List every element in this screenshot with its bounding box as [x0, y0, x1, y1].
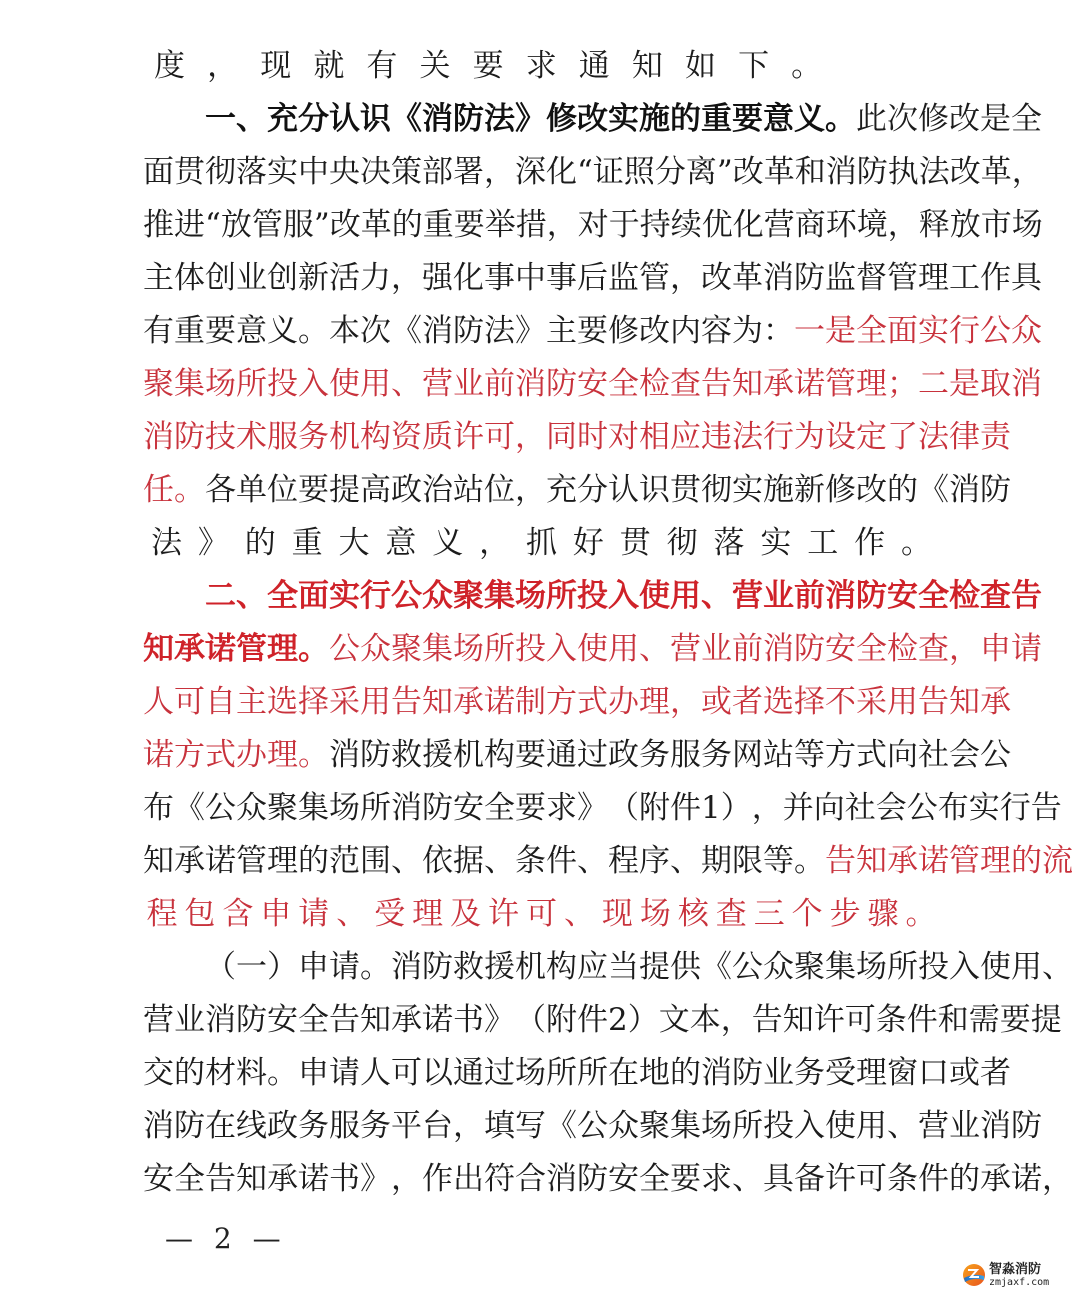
- text-char: 施: [639, 93, 670, 146]
- text-char: 政: [608, 729, 639, 782]
- text-char: 知: [621, 40, 674, 93]
- text-char: 照: [624, 146, 655, 199]
- text-char: 重: [174, 305, 205, 358]
- text-char: 了: [887, 411, 918, 464]
- text-char: 改: [949, 93, 980, 146]
- text-char: 定: [856, 411, 887, 464]
- text-char: 用: [608, 623, 639, 676]
- text-char: 服: [670, 729, 701, 782]
- text-char: 。: [174, 464, 205, 517]
- text-char: 落: [236, 146, 267, 199]
- text-char: 的: [887, 464, 918, 517]
- text-char: 并: [783, 782, 814, 835]
- text-char: 站: [453, 464, 484, 517]
- text-char: 服: [329, 1100, 360, 1153]
- text-char: 》: [515, 305, 546, 358]
- text-char: 集: [670, 1100, 701, 1153]
- text-char: 策: [391, 146, 422, 199]
- text-char: 一: [236, 941, 267, 994]
- text-char: 革: [764, 146, 795, 199]
- text-char: ，: [1042, 1153, 1073, 1206]
- text-char: 通: [546, 729, 577, 782]
- text-char: 法: [732, 411, 763, 464]
- text-char: 可: [523, 888, 561, 941]
- text-char: 求: [546, 782, 577, 835]
- text-char: 查: [670, 358, 701, 411]
- text-char: 环: [826, 199, 857, 252]
- text-char: 主: [546, 305, 577, 358]
- text-char: 政: [391, 464, 422, 517]
- text-char: 2: [608, 994, 628, 1047]
- text-char: 诺: [143, 729, 174, 782]
- text-char: 使: [577, 623, 608, 676]
- text-char: 检: [887, 623, 918, 676]
- text-char: 重: [284, 517, 331, 570]
- text-char: 业: [701, 623, 732, 676]
- text-char: 不: [825, 676, 856, 729]
- text-char: 彻: [659, 517, 706, 570]
- text-char: 意: [377, 517, 424, 570]
- text-char: 提: [329, 464, 360, 517]
- text-char: 的: [670, 93, 701, 146]
- text-line: 程包含申请、受理及许可、现场核查三个步骤。: [143, 888, 940, 941]
- text-char: 义: [794, 93, 825, 146]
- text-char: 部: [422, 146, 453, 199]
- text-char: 消: [391, 941, 422, 994]
- text-char: 可: [484, 411, 515, 464]
- text-char: 承: [267, 1153, 298, 1206]
- text-char: 会: [949, 729, 980, 782]
- text-char: 防: [174, 1100, 205, 1153]
- text-char: 众: [608, 1100, 639, 1153]
- text-char: 承: [391, 994, 422, 1047]
- text-char: 所: [546, 1047, 577, 1100]
- text-char: 提: [639, 941, 670, 994]
- text-line: 主体创业创新活力，强化事中事后监管，改革消防监督管理工作具: [143, 252, 940, 305]
- text-char: 实: [918, 305, 949, 358]
- text-char: 的: [174, 1047, 205, 1100]
- text-char: 集: [825, 941, 856, 994]
- text-char: 务: [794, 1047, 825, 1100]
- text-char: 告: [391, 676, 422, 729]
- text-line: 法》的重大意义，抓好贯彻落实工作。: [143, 517, 940, 570]
- text-char: 法: [484, 93, 515, 146]
- text-char: 修: [825, 464, 856, 517]
- text-char: 《: [174, 782, 205, 835]
- text-char: 有: [355, 40, 408, 93]
- text-char: 过: [577, 729, 608, 782]
- text-char: 诺: [918, 835, 949, 888]
- text-char: “: [577, 146, 593, 199]
- text-char: 意: [763, 93, 794, 146]
- text-char: 布: [143, 782, 174, 835]
- text-char: 交: [143, 1047, 174, 1100]
- text-char: 写: [515, 1100, 546, 1153]
- text-char: 请: [1011, 623, 1042, 676]
- text-char: 营: [422, 358, 453, 411]
- text-char: 任: [143, 464, 174, 517]
- text-char: 营: [732, 570, 763, 623]
- text-char: 方: [825, 729, 856, 782]
- text-char: 、: [333, 888, 371, 941]
- text-char: 程: [608, 835, 639, 888]
- text-char: 公: [732, 941, 763, 994]
- text-char: 、: [391, 835, 422, 888]
- text-char: 消: [826, 146, 857, 199]
- watermark: 智淼消防 zmjaxf.com: [962, 1258, 1078, 1292]
- text-char: 工: [799, 517, 846, 570]
- text-line: 面贯彻落实中央决策部署，深化“证照分离”改革和消防执法改革，: [143, 146, 940, 199]
- text-char: 站: [763, 729, 794, 782]
- text-char: 全: [918, 570, 949, 623]
- text-char: 全: [856, 623, 887, 676]
- text-char: 检: [639, 358, 670, 411]
- text-char: 方: [174, 729, 205, 782]
- text-char: ，: [515, 411, 546, 464]
- text-char: 修: [918, 93, 949, 146]
- text-char: 。: [298, 623, 329, 676]
- text-char: 方: [546, 676, 577, 729]
- document-body: 度，现就有关要求通知如下。 一、充分认识《消防法》修改实施的重要意义。此次修改是…: [143, 40, 940, 1206]
- text-char: 业: [763, 570, 794, 623]
- text-char: 的: [949, 1153, 980, 1206]
- text-char: 含: [219, 888, 257, 941]
- text-char: 全: [639, 1153, 670, 1206]
- text-char: 防: [360, 729, 391, 782]
- text-char: 消: [422, 305, 453, 358]
- text-char: 的: [237, 517, 284, 570]
- text-char: 件: [907, 994, 938, 1047]
- text-char: 步: [826, 888, 864, 941]
- text-char: 要: [298, 464, 329, 517]
- text-char: 管: [825, 358, 856, 411]
- text-char: 、: [887, 1100, 918, 1153]
- text-char: 入: [298, 358, 329, 411]
- text-char: 告: [329, 994, 360, 1047]
- text-char: 理: [267, 835, 298, 888]
- text-char: 实: [608, 93, 639, 146]
- text-char: 众: [236, 782, 267, 835]
- text-char: 构: [484, 729, 515, 782]
- text-char: 术: [236, 411, 267, 464]
- text-char: [143, 570, 174, 623]
- text-char: 诺: [484, 676, 515, 729]
- text-char: 。: [780, 40, 833, 93]
- text-char: 投: [763, 1100, 794, 1153]
- text-char: 择: [298, 676, 329, 729]
- text-char: 消: [701, 1047, 732, 1100]
- text-char: 落: [706, 517, 753, 570]
- text-char: 质: [422, 411, 453, 464]
- text-char: 等: [794, 729, 825, 782]
- text-char: 理: [267, 623, 298, 676]
- text-char: 对: [578, 199, 609, 252]
- text-char: 证: [593, 146, 624, 199]
- text-char: 向: [814, 782, 845, 835]
- text-char: 相: [639, 411, 670, 464]
- text-line: 知承诺管理。公众聚集场所投入使用、营业前消防安全检查，申请: [143, 623, 940, 676]
- text-char: 全: [267, 570, 298, 623]
- text-char: ，: [515, 464, 546, 517]
- text-char: 场: [636, 888, 674, 941]
- text-char: 要: [732, 93, 763, 146]
- text-char: 理: [267, 729, 298, 782]
- text-char: 申: [257, 888, 295, 941]
- text-char: 重: [701, 93, 732, 146]
- text-char: 后: [577, 252, 608, 305]
- text-char: 行: [949, 305, 980, 358]
- text-char: 投: [515, 623, 546, 676]
- text-char: 、: [236, 93, 267, 146]
- text-char: 件: [918, 1153, 949, 1206]
- text-char: 持: [640, 199, 671, 252]
- text-char: 消: [329, 729, 360, 782]
- text-char: 流: [1042, 835, 1073, 888]
- text-char: 防: [577, 1153, 608, 1206]
- text-char: 填: [484, 1100, 515, 1153]
- text-char: 聚: [391, 623, 422, 676]
- text-char: 救: [391, 729, 422, 782]
- text-char: 口: [918, 1047, 949, 1100]
- text-char: 分: [655, 146, 686, 199]
- text-char: 使: [639, 570, 670, 623]
- text-char: 消: [546, 1153, 577, 1206]
- text-char: 会: [876, 782, 907, 835]
- text-char: 业: [236, 252, 267, 305]
- text-char: 营: [670, 623, 701, 676]
- text-char: 众: [422, 570, 453, 623]
- text-char: 全: [298, 994, 329, 1047]
- text-char: ，: [484, 146, 515, 199]
- text-char: 防: [732, 1047, 763, 1100]
- text-char: 改: [330, 199, 361, 252]
- text-char: ，: [949, 623, 980, 676]
- text-char: 、: [701, 570, 732, 623]
- text-char: 众: [763, 941, 794, 994]
- text-char: “: [205, 199, 221, 252]
- text-char: 用: [887, 676, 918, 729]
- text-char: 需: [969, 994, 1000, 1047]
- text-char: 改: [950, 146, 981, 199]
- text-char: ，: [196, 40, 249, 93]
- text-char: 的: [1011, 835, 1042, 888]
- text-char: 全: [1011, 93, 1042, 146]
- text-char: 好: [565, 517, 612, 570]
- text-char: 条: [887, 1153, 918, 1206]
- text-char: 施: [763, 464, 794, 517]
- text-char: 容: [701, 305, 732, 358]
- text-char: 聚: [639, 1100, 670, 1153]
- text-char: 全: [856, 305, 887, 358]
- text-char: 营: [143, 994, 174, 1047]
- text-char: 查: [980, 570, 1011, 623]
- text-char: 前: [794, 570, 825, 623]
- text-char: 向: [887, 729, 918, 782]
- text-char: 使: [329, 358, 360, 411]
- text-char: 消: [205, 994, 236, 1047]
- text-char: 作: [846, 517, 893, 570]
- text-char: 内: [670, 305, 701, 358]
- text-char: 革: [732, 252, 763, 305]
- text-char: 消: [1011, 358, 1042, 411]
- text-char: 为: [732, 305, 763, 358]
- text-char: （: [608, 782, 639, 835]
- text-char: 应: [670, 411, 701, 464]
- text-char: 台: [422, 1100, 453, 1153]
- text-char: 本: [690, 994, 721, 1047]
- text-char: 社: [918, 729, 949, 782]
- text-char: 作: [422, 1153, 453, 1206]
- text-char: 位: [267, 464, 298, 517]
- text-char: 高: [360, 464, 391, 517]
- text-char: 用: [360, 676, 391, 729]
- text-char: 场: [515, 570, 546, 623]
- text-char: 监: [825, 252, 856, 305]
- text-char: 理: [980, 835, 1011, 888]
- text-char: 承: [887, 835, 918, 888]
- text-char: 实: [732, 464, 763, 517]
- text-char: 所: [546, 570, 577, 623]
- text-char: 告: [1031, 782, 1062, 835]
- text-char: 场: [329, 782, 360, 835]
- text-char: 等: [763, 835, 794, 888]
- text-char: 申: [298, 1047, 329, 1100]
- text-char: 消: [949, 464, 980, 517]
- text-char: [174, 941, 205, 994]
- text-char: 本: [329, 305, 360, 358]
- text-char: 度: [143, 40, 196, 93]
- text-char: 公: [391, 570, 422, 623]
- text-char: 》: [484, 994, 515, 1047]
- text-char: 核: [674, 888, 712, 941]
- text-char: 彻: [205, 146, 236, 199]
- text-char: 管: [236, 623, 267, 676]
- text-char: 求: [701, 1153, 732, 1206]
- text-char: 防: [174, 411, 205, 464]
- text-char: 入: [546, 623, 577, 676]
- text-char: 告: [1011, 570, 1042, 623]
- text-char: 监: [608, 252, 639, 305]
- text-char: 者: [732, 676, 763, 729]
- text-char: 安: [143, 1153, 174, 1206]
- text-char: [174, 93, 205, 146]
- text-char: 于: [609, 199, 640, 252]
- text-char: ；: [887, 358, 918, 411]
- text-char: 、: [670, 835, 701, 888]
- text-char: 资: [391, 411, 422, 464]
- text-char: ，: [1012, 146, 1043, 199]
- text-char: 充: [267, 93, 298, 146]
- text-char: 围: [360, 835, 391, 888]
- text-char: 督: [856, 252, 887, 305]
- text-char: 、: [236, 570, 267, 623]
- text-char: 。: [298, 729, 329, 782]
- text-char: 认: [608, 464, 639, 517]
- text-char: 入: [794, 1100, 825, 1153]
- text-char: 识: [639, 464, 670, 517]
- text-char: 承: [763, 358, 794, 411]
- text-char: 安: [577, 358, 608, 411]
- text-char: 如: [674, 40, 727, 93]
- text-char: 认: [329, 93, 360, 146]
- text-char: 公: [980, 305, 1011, 358]
- text-char: 承: [174, 835, 205, 888]
- text-char: 个: [788, 888, 826, 941]
- text-char: 管: [887, 252, 918, 305]
- text-char: 限: [732, 835, 763, 888]
- text-char: 要: [462, 40, 515, 93]
- text-char: 法: [484, 305, 515, 358]
- text-char: 法: [143, 517, 190, 570]
- text-char: 理: [918, 252, 949, 305]
- text-char: 安: [267, 994, 298, 1047]
- text-char: 请: [329, 941, 360, 994]
- text-char: 文: [659, 994, 690, 1047]
- text-char: 理: [856, 358, 887, 411]
- text-char: 革: [981, 146, 1012, 199]
- text-char: 材: [205, 1047, 236, 1100]
- text-char: 用: [670, 570, 701, 623]
- text-char: 革: [361, 199, 392, 252]
- text-char: 诺: [205, 835, 236, 888]
- text-char: 许: [485, 888, 523, 941]
- text-char: 人: [143, 676, 174, 729]
- text-char: 化: [733, 199, 764, 252]
- text-char: 式: [856, 729, 887, 782]
- text-line: 消防在线政务服务平台，填写《公众聚集场所投入使用、营业消防: [143, 1100, 940, 1153]
- text-char: 通: [568, 40, 621, 93]
- text-char: 政: [267, 1100, 298, 1153]
- text-char: 提: [1031, 994, 1062, 1047]
- text-char: 书: [453, 994, 484, 1047]
- text-char: 具: [1011, 252, 1042, 305]
- text-char: 务: [701, 729, 732, 782]
- text-char: 和: [795, 146, 826, 199]
- text-char: 具: [763, 1153, 794, 1206]
- text-char: 为: [794, 411, 825, 464]
- text-char: 防: [794, 623, 825, 676]
- text-char: 署: [453, 146, 484, 199]
- text-char: 贯: [612, 517, 659, 570]
- text-char: 。: [360, 941, 391, 994]
- text-char: 公: [577, 1100, 608, 1153]
- text-char: 骤: [864, 888, 902, 941]
- text-char: [143, 93, 174, 146]
- text-char: 据: [453, 835, 484, 888]
- text-char: 现: [598, 888, 636, 941]
- text-char: 。: [298, 305, 329, 358]
- text-char: ）: [721, 782, 752, 835]
- text-char: 聚: [267, 782, 298, 835]
- text-char: 实: [969, 782, 1000, 835]
- text-char: ”: [314, 199, 330, 252]
- text-char: 行: [763, 411, 794, 464]
- text-char: 防: [794, 252, 825, 305]
- text-char: 线: [236, 1100, 267, 1153]
- text-char: 要: [1000, 994, 1031, 1047]
- text-char: 制: [515, 676, 546, 729]
- text-char: （: [515, 994, 546, 1047]
- text-char: 使: [825, 1100, 856, 1153]
- text-char: 次: [360, 305, 391, 358]
- text-char: 网: [732, 729, 763, 782]
- text-char: 营: [918, 1100, 949, 1153]
- text-char: 知: [360, 994, 391, 1047]
- text-char: 防: [422, 941, 453, 994]
- text-char: 》: [190, 517, 237, 570]
- text-char: 防: [1011, 1100, 1042, 1153]
- text-char: 过: [484, 1047, 515, 1100]
